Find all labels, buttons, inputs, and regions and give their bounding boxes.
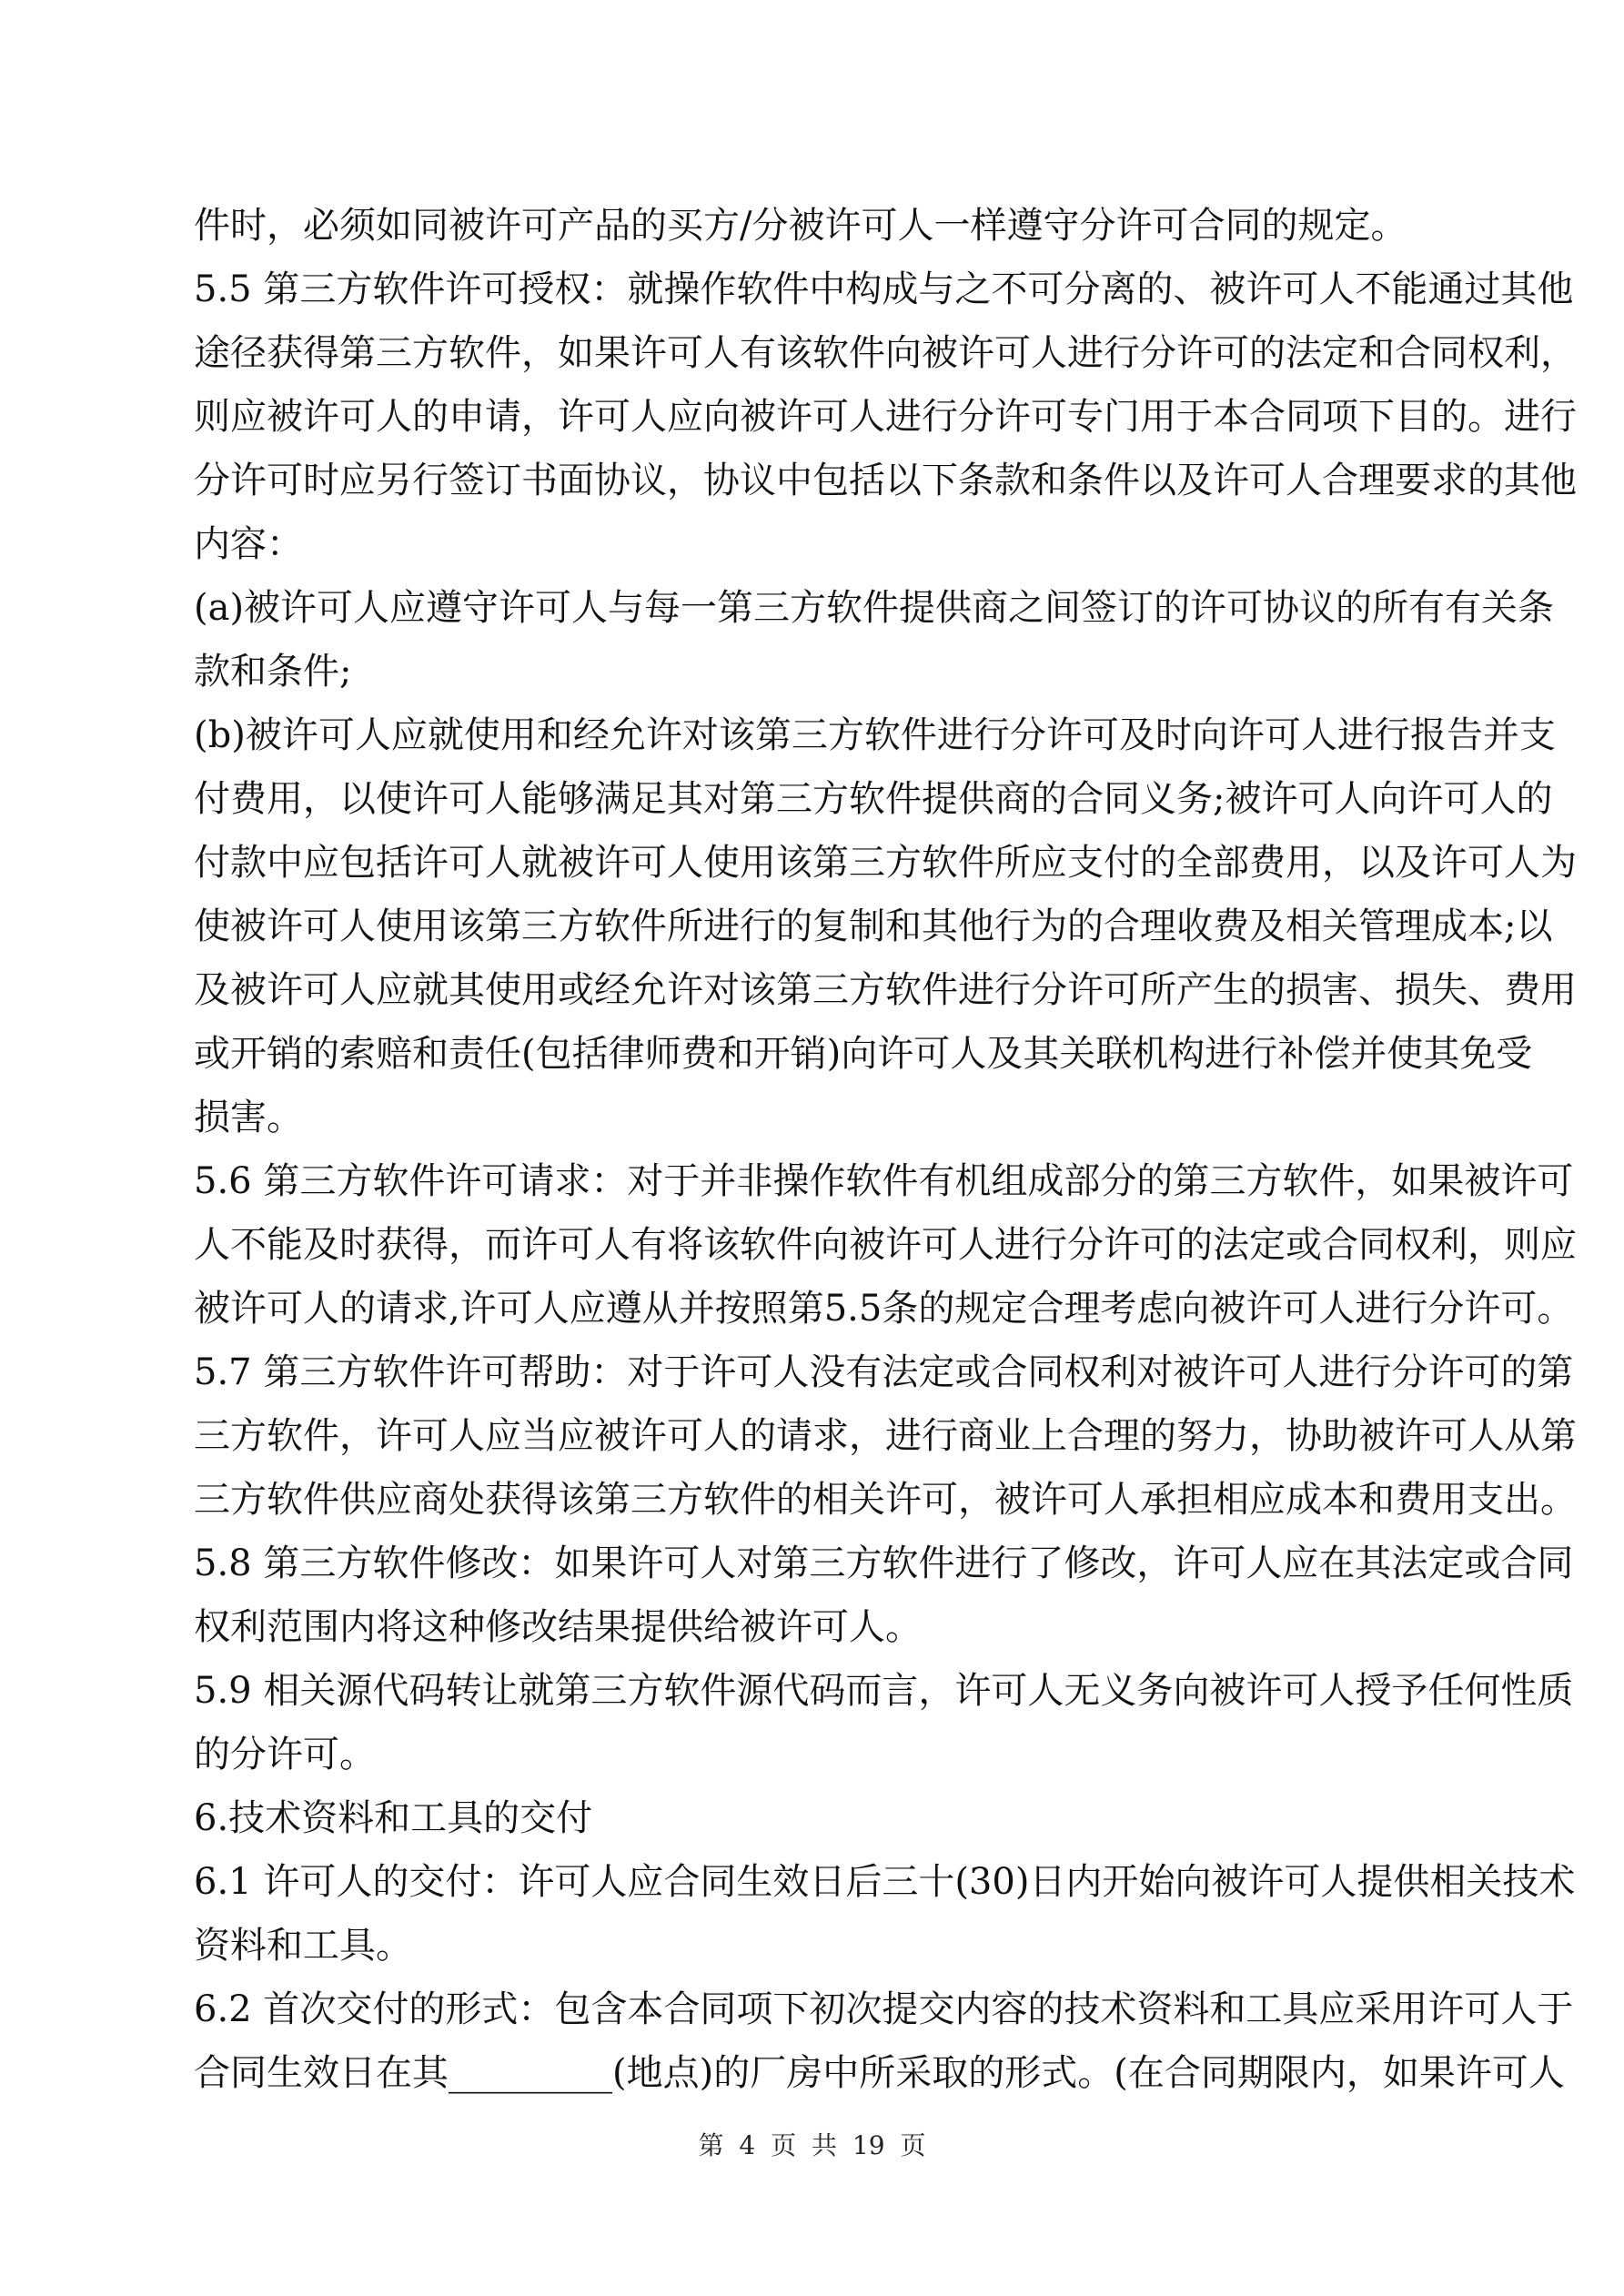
text-line: 分许可时应另行签订书面协议，协议中包括以下条款和条件以及许可人合理要求的其他 [194, 457, 1431, 504]
text-line: 三方软件，许可人应当应被许可人的请求，进行商业上合理的努力，协助被许可人从第 [194, 1412, 1431, 1460]
text-line: 人不能及时获得，而许可人有将该软件向被许可人进行分许可的法定或合同权利，则应 [194, 1221, 1431, 1269]
text-line: 被许可人的请求,许可人应遵从并按照第5.5条的规定合理考虑向被许可人进行分许可。 [194, 1285, 1431, 1332]
text-line: 5.5 第三方软件许可授权：就操作软件中构成与之不可分离的、被许可人不能通过其他 [194, 266, 1431, 313]
text-line: 5.6 第三方软件许可请求：对于并非操作软件有机组成部分的第三方软件，如果被许可 [194, 1158, 1431, 1205]
text-line: (b)被许可人应就使用和经允许对该第三方软件进行分许可及时向许可人进行报告并支 [194, 712, 1431, 759]
text-line: 6.1 许可人的交付：许可人应合同生效日后三十(30)日内开始向被许可人提供相关… [194, 1858, 1431, 1906]
text-line: 5.8 第三方软件修改：如果许可人对第三方软件进行了修改，许可人应在其法定或合同 [194, 1540, 1431, 1587]
text-line: 款和条件; [194, 648, 1431, 695]
page-footer: 第 4 页 共 19 页 [0, 2128, 1624, 2164]
text-line: 6.技术资料和工具的交付 [194, 1795, 1431, 1842]
text-line: 付款中应包括许可人就被许可人使用该第三方软件所应支付的全部费用，以及许可人为 [194, 839, 1431, 886]
text-line: 付费用，以使许可人能够满足其对第三方软件提供商的合同义务;被许可人向许可人的 [194, 775, 1431, 823]
text-line: 三方软件供应商处获得该第三方软件的相关许可，被许可人承担相应成本和费用支出。 [194, 1476, 1431, 1523]
text-line: 则应被许可人的申请，许可人应向被许可人进行分许可专门用于本合同项下目的。进行 [194, 393, 1431, 440]
text-line: 件时，必须如同被许可产品的买方/分被许可人一样遵守分许可合同的规定。 [194, 202, 1431, 249]
text-line: 使被许可人使用该第三方软件所进行的复制和其他行为的合理收费及相关管理成本;以 [194, 903, 1431, 950]
text-line: 权利范围内将这种修改结果提供给被许可人。 [194, 1603, 1431, 1651]
text-line: (a)被许可人应遵守许可人与每一第三方软件提供商之间签订的许可协议的所有有关条 [194, 584, 1431, 632]
text-line: 合同生效日在其_________(地点)的厂房中所采取的形式。(在合同期限内，如… [194, 2049, 1431, 2097]
text-line: 内容： [194, 521, 1431, 568]
text-line: 或开销的索赔和责任(包括律师费和开销)向许可人及其关联机构进行补偿并使其免受 [194, 1030, 1431, 1077]
text-line: 资料和工具。 [194, 1922, 1431, 1969]
text-line: 损害。 [194, 1094, 1431, 1141]
document-page: 件时，必须如同被许可产品的买方/分被许可人一样遵守分许可合同的规定。5.5 第三… [0, 0, 1624, 2296]
text-line: 5.9 相关源代码转让就第三方软件源代码而言，许可人无义务向被许可人授予任何性质 [194, 1667, 1431, 1714]
text-line: 6.2 首次交付的形式：包含本合同项下初次提交内容的技术资料和工具应采用许可人于 [194, 1986, 1431, 2033]
text-line: 的分许可。 [194, 1731, 1431, 1778]
text-line: 及被许可人应就其使用或经允许对该第三方软件进行分许可所产生的损害、损失、费用 [194, 966, 1431, 1014]
text-line: 5.7 第三方软件许可帮助：对于许可人没有法定或合同权利对被许可人进行分许可的第 [194, 1349, 1431, 1396]
text-line: 途径获得第三方软件，如果许可人有该软件向被许可人进行分许可的法定和合同权利， [194, 329, 1431, 377]
